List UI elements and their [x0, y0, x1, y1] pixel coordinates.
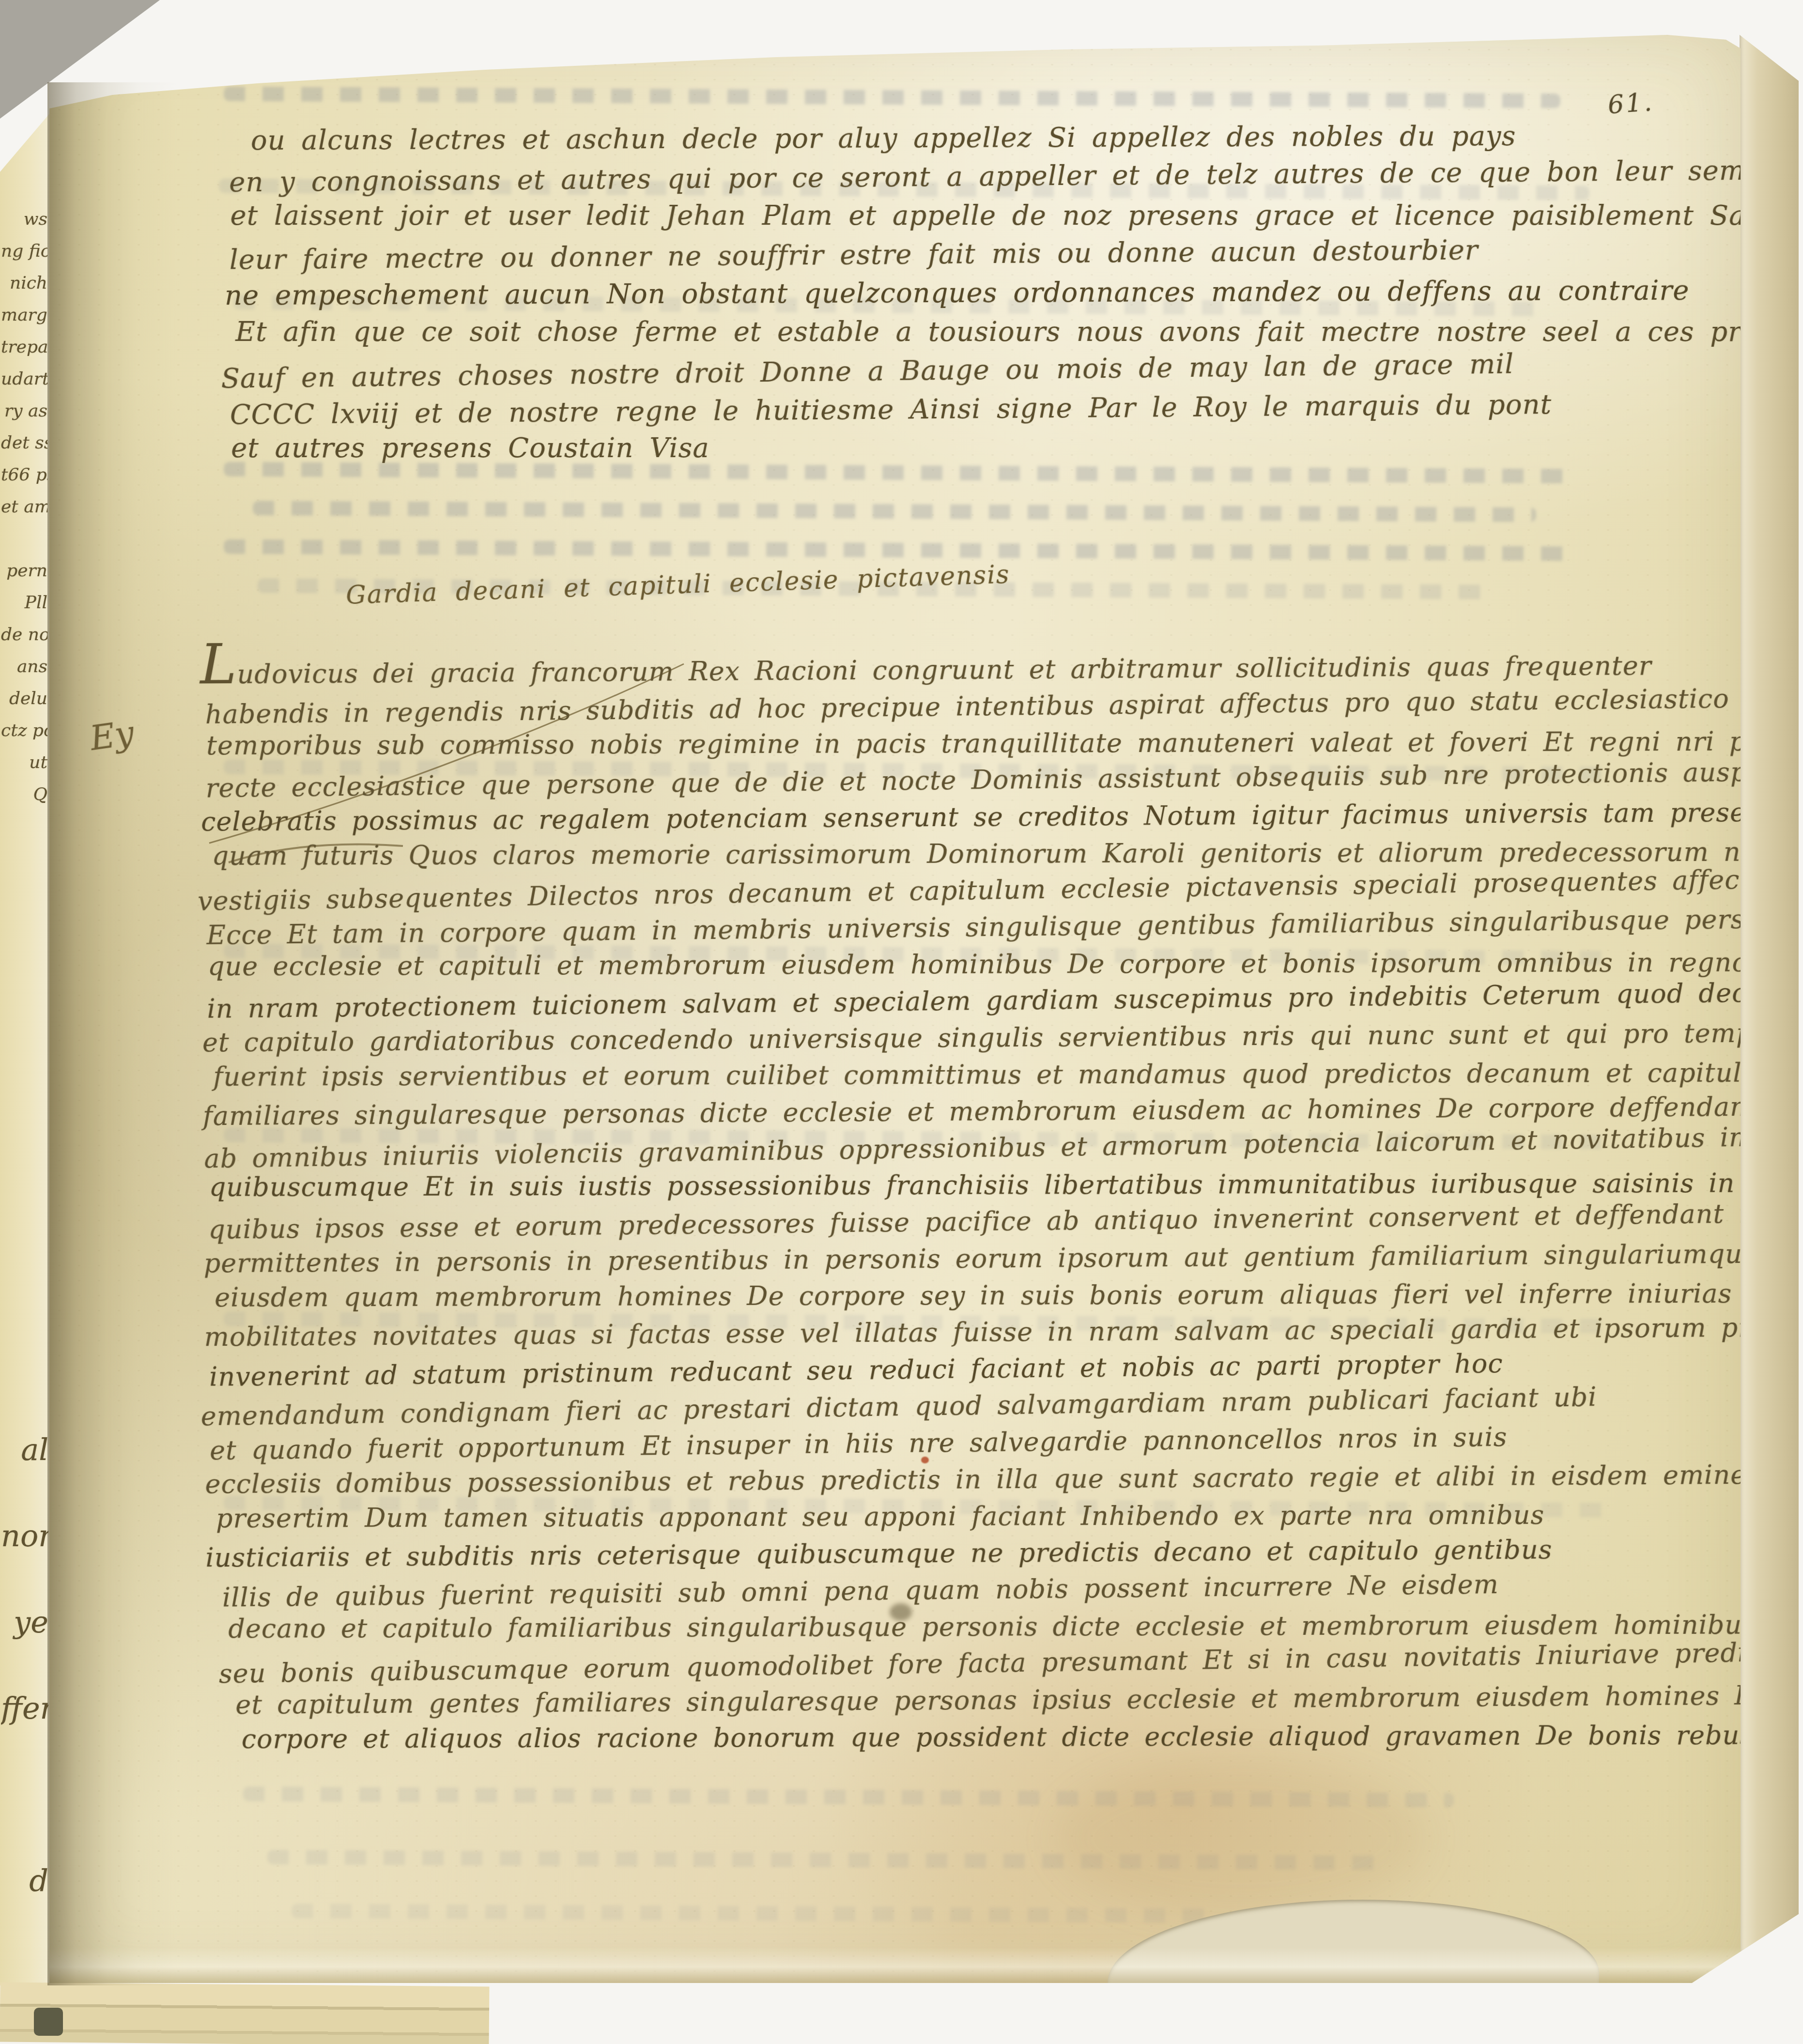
safeguard-act: Ludovicus dei gracia francorum Rex Racio… — [200, 647, 1679, 1761]
ink-fragment: ws — [1, 203, 47, 235]
ink-fragment: Pll — [1, 587, 47, 619]
ink-fragment: udart — [1, 363, 47, 395]
bleedthrough-ghost-line — [224, 539, 1580, 561]
text-line: en y congnoissans et autres qui por ce s… — [229, 153, 1644, 202]
ink-fragment: ye — [1, 1579, 48, 1665]
closing-paragraph: ou alcuns lectres et aschun decle por al… — [224, 117, 1644, 470]
ink-fragment: det ss — [1, 427, 47, 459]
water-stain — [1057, 1761, 1425, 1916]
facing-page-edge: wsng ficnichmarghtrepaudartry asdet sst6… — [0, 99, 49, 1985]
ink-fragment: ry as — [1, 395, 47, 427]
red-ink-fleck — [921, 1457, 929, 1463]
section-heading: Gardia decani et capituli ecclesie picta… — [345, 560, 1010, 610]
ink-fragment — [1, 523, 47, 555]
text-line: eiusdem quam membrorum homines De corpor… — [215, 1276, 1682, 1316]
ink-fragment: pern — [1, 555, 47, 587]
ink-fragment: delu — [1, 683, 47, 715]
ink-fragment: ctz po — [1, 715, 47, 747]
ink-fragment: nor — [1, 1493, 48, 1579]
ink-fragment: ng fic — [1, 235, 47, 267]
text-line: fuerint ipsis servientibus et eorum cuil… — [213, 1055, 1680, 1095]
ink-stain — [890, 1603, 912, 1621]
bleedthrough-ghost-line — [253, 501, 1536, 522]
margin-note: Ey — [88, 713, 137, 758]
bleedthrough-ghost-line — [224, 87, 1560, 108]
underlying-page-edges-bottom — [0, 1983, 490, 2044]
manuscript-scan: wsng ficnichmarghtrepaudartry asdet sst6… — [0, 0, 1803, 2044]
ink-fragment: ut — [1, 747, 47, 779]
ink-fragment: de no — [1, 619, 47, 651]
manuscript-page: 61. ou alcuns lectres et aschun decle po… — [49, 27, 1741, 1983]
ink-fragment: nich — [1, 267, 47, 299]
ink-fragment: margh — [1, 299, 47, 331]
ink-fragment: d — [1, 1838, 48, 1924]
ink-fragment: Q — [1, 779, 47, 811]
ink-fragment: al — [1, 1407, 48, 1493]
ink-fragment: trepa — [1, 331, 47, 363]
ink-fragment — [1, 1752, 48, 1838]
binding-tab — [34, 2008, 63, 2036]
facing-page-line-fragments: wsng ficnichmarghtrepaudartry asdet sst6… — [1, 203, 47, 811]
underlying-page-edges-right — [1740, 35, 1799, 1977]
ink-fragment: fferur — [1, 1665, 48, 1752]
text-line: et laissent joir et user ledit Jehan Pla… — [230, 197, 1649, 235]
text-line: corpore et aliquos alios racione bonorum… — [242, 1717, 1685, 1758]
folio-number: 61. — [1607, 88, 1655, 120]
text-line: presertim Dum tamen situatis apponant se… — [216, 1496, 1683, 1537]
text-line: ne empeschement aucun Non obstant quelzc… — [225, 272, 1644, 315]
ink-fragment: et am — [1, 491, 47, 523]
ink-fragment: ans — [1, 651, 47, 683]
facing-page-large-fragments: alnoryefferurd — [1, 1407, 48, 1924]
text-line: et autres presens Coustain Visa — [231, 429, 1650, 468]
ink-fragment: t66 psa — [1, 459, 47, 491]
bleedthrough-ghost-line — [292, 1904, 1212, 1923]
